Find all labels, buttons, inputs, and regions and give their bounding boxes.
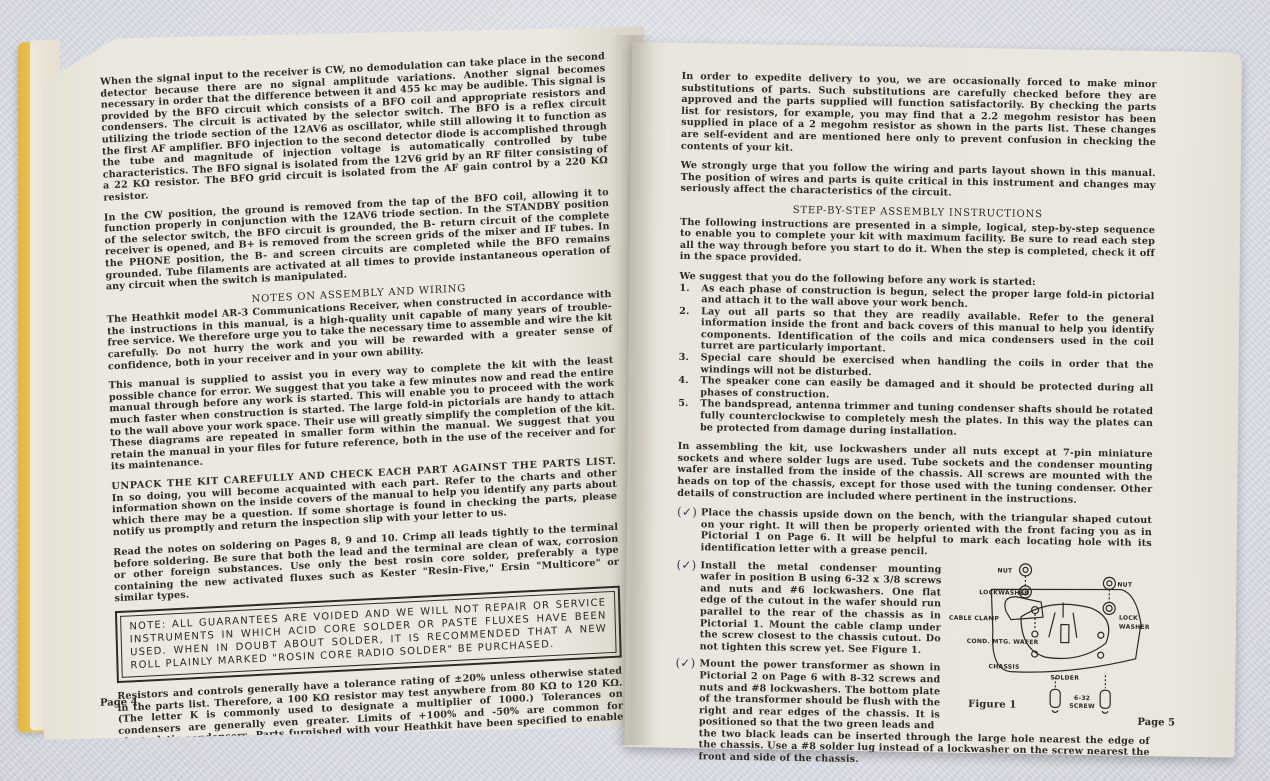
figure-1-diagram: NUT LOCKWASHER NUT CABLE CLAMP LOCK WASH… <box>950 560 1152 728</box>
suggestions-list: 1.As each phase of construction is begun… <box>678 282 1155 441</box>
page-number-left: Page 4 <box>100 697 138 709</box>
right-page-content: In order to expedite delivery to you, we… <box>674 71 1156 779</box>
label-lockwasher-left: LOCKWASHER <box>979 587 1029 599</box>
lockwashers-paragraph: In assembling the kit, use lockwashers u… <box>677 441 1153 507</box>
label-nut-top: NUT <box>997 565 1012 577</box>
label-chassis: CHASSIS <box>988 661 1019 673</box>
assembly-step-1: (✓) Place the chassis upside down on the… <box>677 507 1152 562</box>
checkmark-icon[interactable]: (✓) <box>676 559 701 652</box>
left-page-content: When the signal input to the receiver is… <box>100 51 624 768</box>
steps-with-figure: (✓) Install the metal condenser mounting… <box>675 559 1152 736</box>
label-solder: SOLDER <box>1050 672 1079 684</box>
guarantee-note-text: NOTE: ALL GUARANTEES ARE VOIDED AND WE W… <box>120 591 617 678</box>
label-nut-right: NUT <box>1117 579 1132 591</box>
bfo-paragraph: When the signal input to the receiver is… <box>100 51 608 204</box>
figure-caption: Figure 1 <box>968 698 1017 710</box>
manual-usage-paragraph: This manual is supplied to assist you in… <box>108 355 615 473</box>
left-page: When the signal input to the receiver is… <box>44 26 644 740</box>
right-page: In order to expedite delivery to you, we… <box>625 42 1242 758</box>
page-number-right: Page 5 <box>1137 717 1175 729</box>
label-cable-clamp: CABLE CLAMP <box>949 612 999 624</box>
label-screw: 6-32 SCREW <box>1068 694 1096 710</box>
substitutions-paragraph: In order to expedite delivery to you, we… <box>681 71 1157 160</box>
suggestion-item: 2.Lay out all parts so that they are rea… <box>679 306 1154 361</box>
label-cond-mtg-wafer: COND. MTG. WAFER <box>967 635 1039 648</box>
wiring-layout-paragraph: We strongly urge that you follow the wir… <box>680 160 1155 203</box>
cw-position-paragraph: In the CW position, the ground is remove… <box>104 187 611 294</box>
checkmark-icon[interactable]: (✓) <box>677 507 701 554</box>
suggestion-item: 5.The bandspread, antenna trimmer and tu… <box>678 398 1153 441</box>
assembly-step-3: (✓) Mount the power transformer as shown… <box>675 658 941 732</box>
label-lock-washer-right: LOCK WASHER <box>1119 613 1159 632</box>
assembly-step-3-continued: the two black leads can be inserted thro… <box>698 728 1149 771</box>
assembly-step-2: (✓) Install the metal condenser mounting… <box>676 559 942 656</box>
checkmark-icon[interactable]: (✓) <box>675 658 700 728</box>
instructions-intro: The following instructions are presented… <box>680 216 1155 271</box>
